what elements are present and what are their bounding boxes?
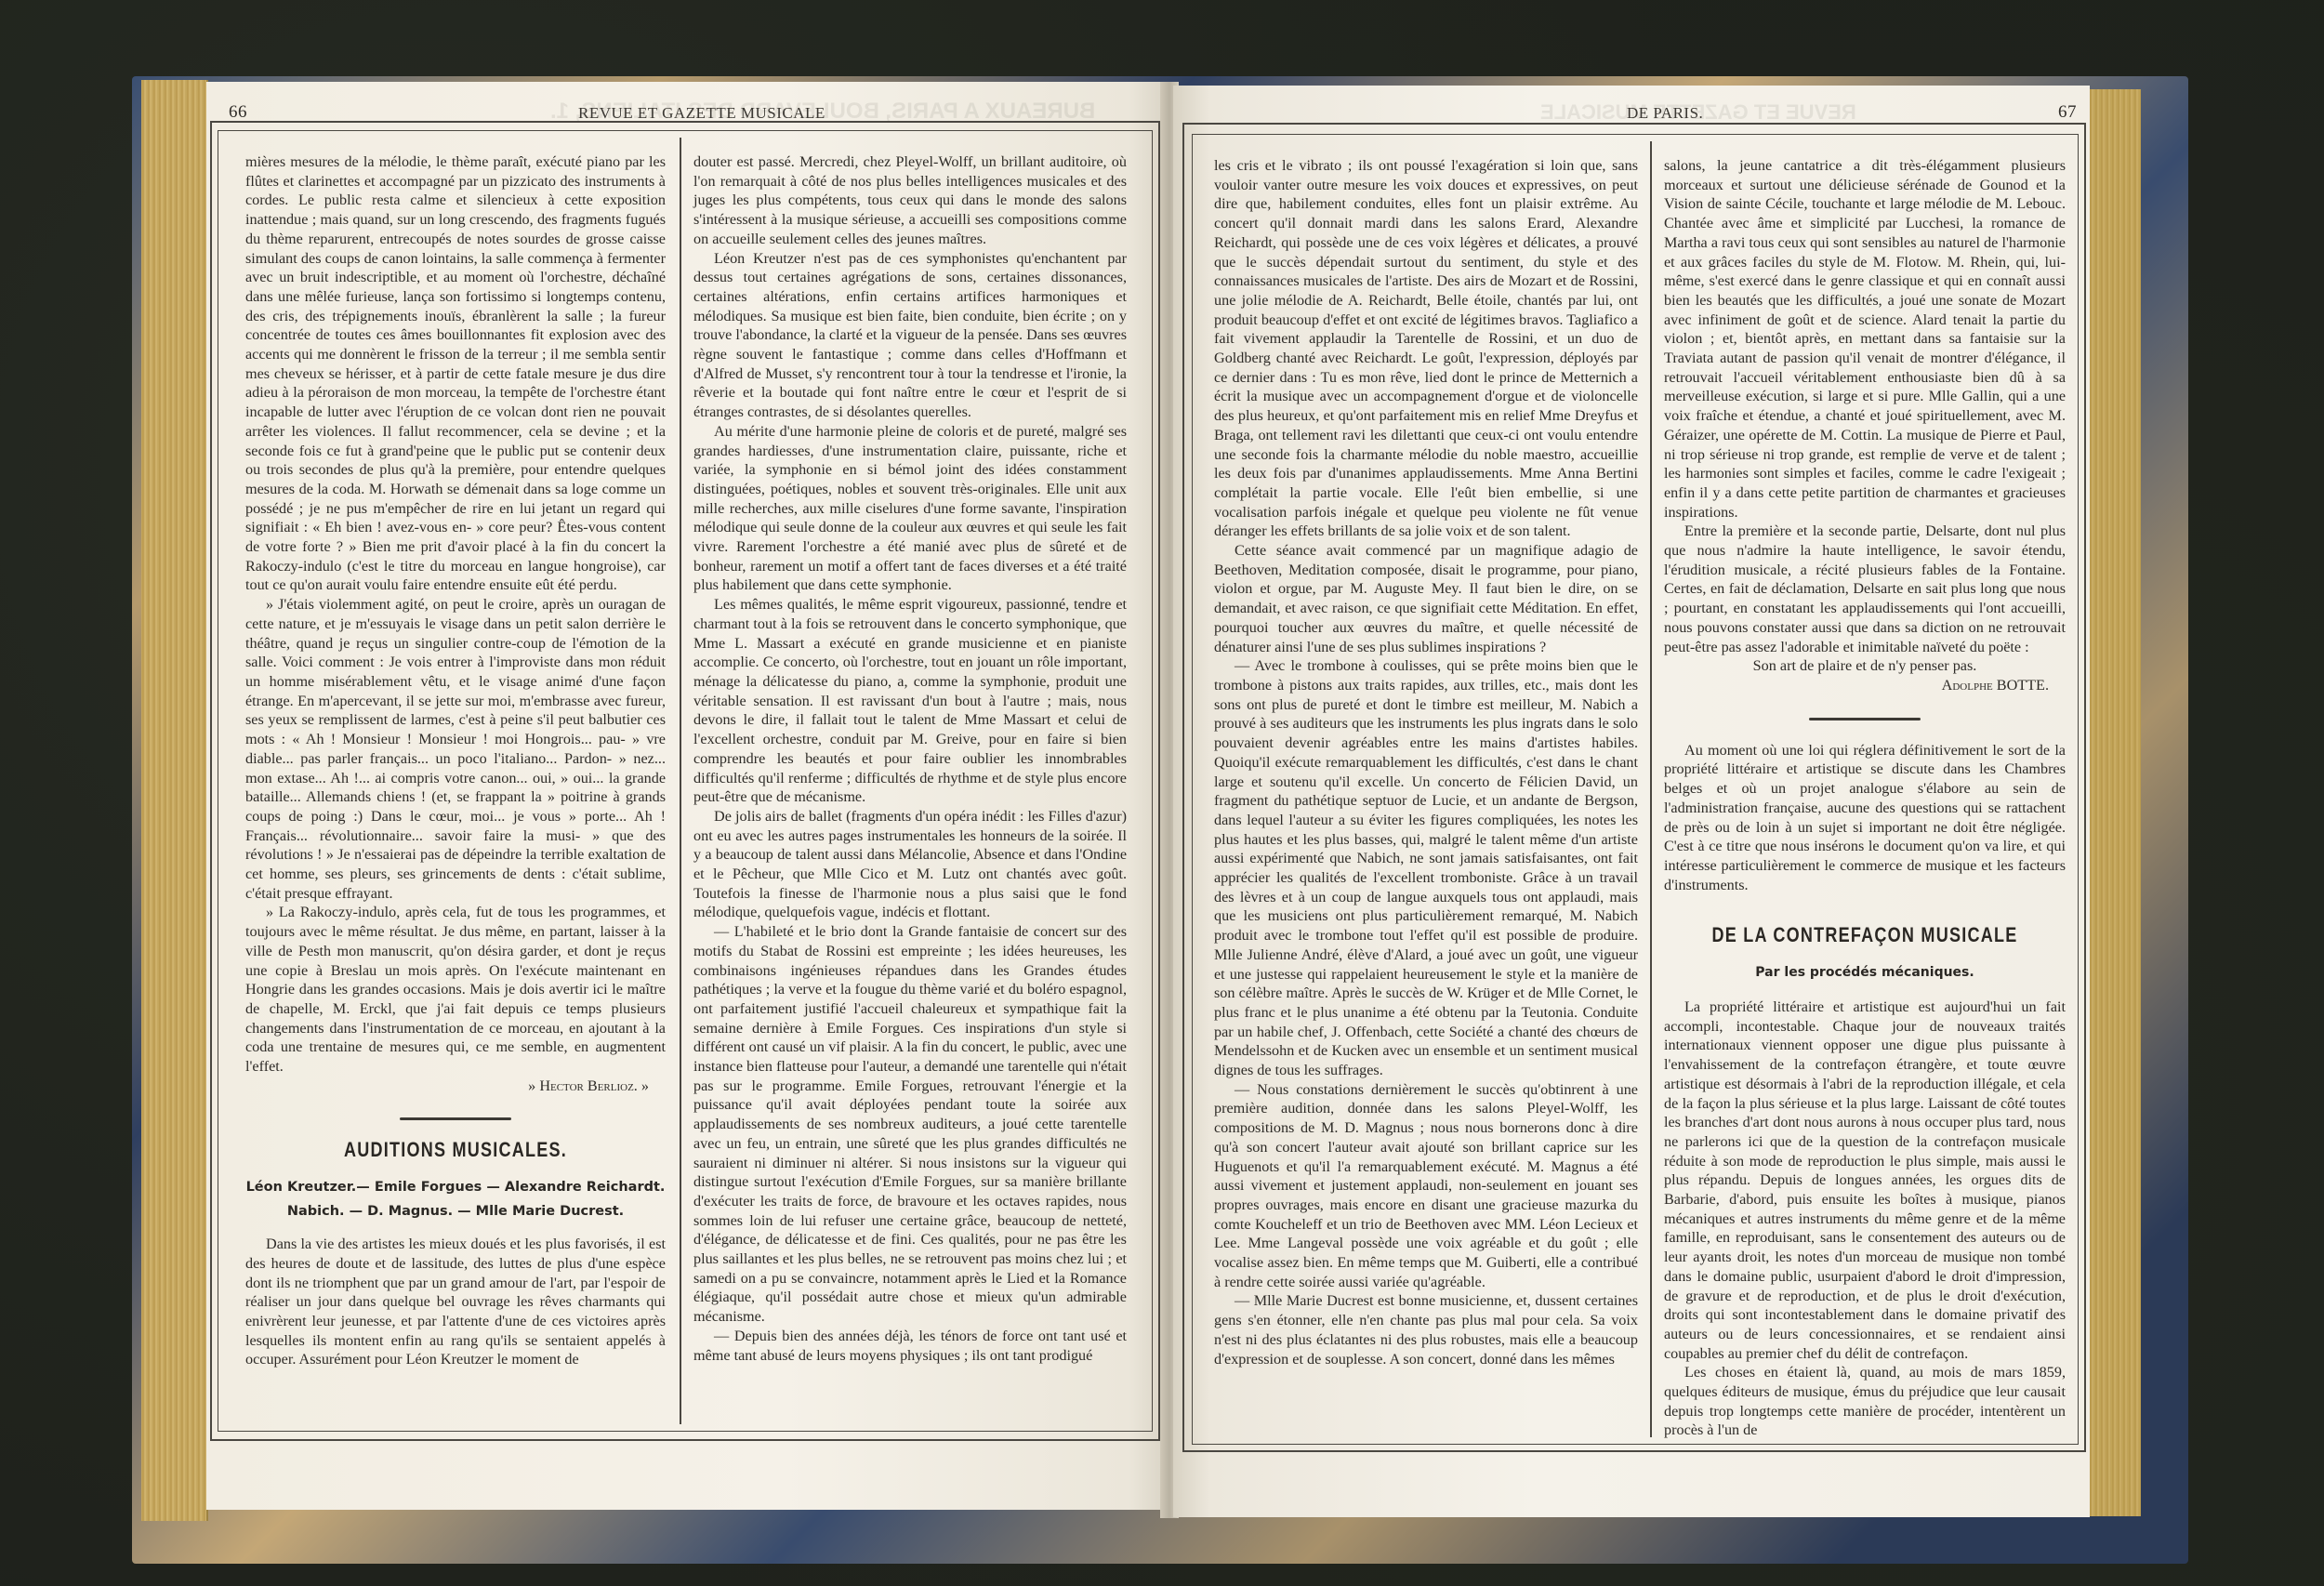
page-number: 66 xyxy=(229,102,247,123)
author-signature: » Hector Berlioz. » xyxy=(245,1077,666,1096)
page-block-edge-right xyxy=(2087,89,2141,1516)
paragraph: — Mlle Marie Ducrest est bonne musicienn… xyxy=(1214,1291,1638,1368)
running-head: REVUE ET GAZETTE MUSICALE xyxy=(578,104,825,123)
paragraph: — Avec le trombone à coulisses, qui se p… xyxy=(1214,656,1638,1079)
verse-quote: Son art de plaire et de n'y penser pas. xyxy=(1664,656,2066,676)
paragraph: La propriété littéraire et artistique es… xyxy=(1664,998,2066,1363)
paragraph: mières mesures de la mélodie, le thème p… xyxy=(245,152,666,595)
paragraph: les cris et le vibrato ; ils ont poussé … xyxy=(1214,156,1638,541)
author-signature: Adolphe BOTTE. xyxy=(1664,676,2066,695)
section-title: AUDITIONS MUSICALES. xyxy=(284,1141,628,1160)
left-page-column-1: mières mesures de la mélodie, le thème p… xyxy=(245,152,666,1369)
section-divider xyxy=(1809,718,1921,720)
paragraph: Au mérite d'une harmonie pleine de color… xyxy=(693,422,1127,595)
running-head: DE PARIS. xyxy=(1627,104,1703,123)
right-page: REVUE ET GAZETTE MUSICALE DE PARIS. 67 l… xyxy=(1173,86,2090,1517)
page-number: 67 xyxy=(2058,102,2077,123)
paragraph: Au moment où une loi qui réglera définit… xyxy=(1664,741,2066,895)
paragraph: — Depuis bien des années déjà, les ténor… xyxy=(693,1327,1127,1365)
page-block-edge-left xyxy=(141,80,208,1521)
section-subtitle: Par les procédés mécaniques. xyxy=(1664,960,2066,985)
paragraph: Entre la première et la seconde partie, … xyxy=(1664,522,2066,656)
column-rule xyxy=(680,138,681,1424)
paragraph: » La Rakoczy-indulo, après cela, fut de … xyxy=(245,903,666,1076)
paragraph: Léon Kreutzer n'est pas de ces symphonis… xyxy=(693,249,1127,422)
paragraph: Les choses en étaient là, quand, au mois… xyxy=(1664,1363,2066,1440)
section-title: DE LA CONTREFAÇON MUSICALE xyxy=(1700,926,2029,945)
paragraph: douter est passé. Mercredi, chez Pleyel-… xyxy=(693,152,1127,249)
paragraph: Cette séance avait commencé par un magni… xyxy=(1214,541,1638,656)
paragraph: De jolis airs de ballet (fragments d'un … xyxy=(693,807,1127,922)
paragraph: — L'habileté et le brio dont la Grande f… xyxy=(693,922,1127,1327)
right-page-column-2: salons, la jeune cantatrice a dit très-é… xyxy=(1664,156,2066,1440)
paragraph: salons, la jeune cantatrice a dit très-é… xyxy=(1664,156,2066,522)
subtitle-line: Léon Kreutzer.— Emile Forgues — Alexandr… xyxy=(246,1180,666,1195)
subtitle-line: Nabich. — D. Magnus. — Mlle Marie Ducres… xyxy=(287,1204,624,1219)
paragraph: » J'étais violemment agité, on peut le c… xyxy=(245,595,666,903)
left-page: BUREAUX A PARIS, BOULEVARD DES ITALIENS,… xyxy=(206,82,1168,1510)
section-divider xyxy=(400,1117,511,1120)
column-rule xyxy=(1650,141,1652,1437)
right-page-column-1: les cris et le vibrato ; ils ont poussé … xyxy=(1214,156,1638,1368)
section-subtitle: Léon Kreutzer.— Emile Forgues — Alexandr… xyxy=(245,1175,666,1223)
paragraph: Dans la vie des artistes les mieux doués… xyxy=(245,1235,666,1369)
paragraph: Les mêmes qualités, le même esprit vigou… xyxy=(693,595,1127,807)
left-page-column-2: douter est passé. Mercredi, chez Pleyel-… xyxy=(693,152,1127,1365)
paragraph: — Nous constations dernièrement le succè… xyxy=(1214,1080,1638,1292)
